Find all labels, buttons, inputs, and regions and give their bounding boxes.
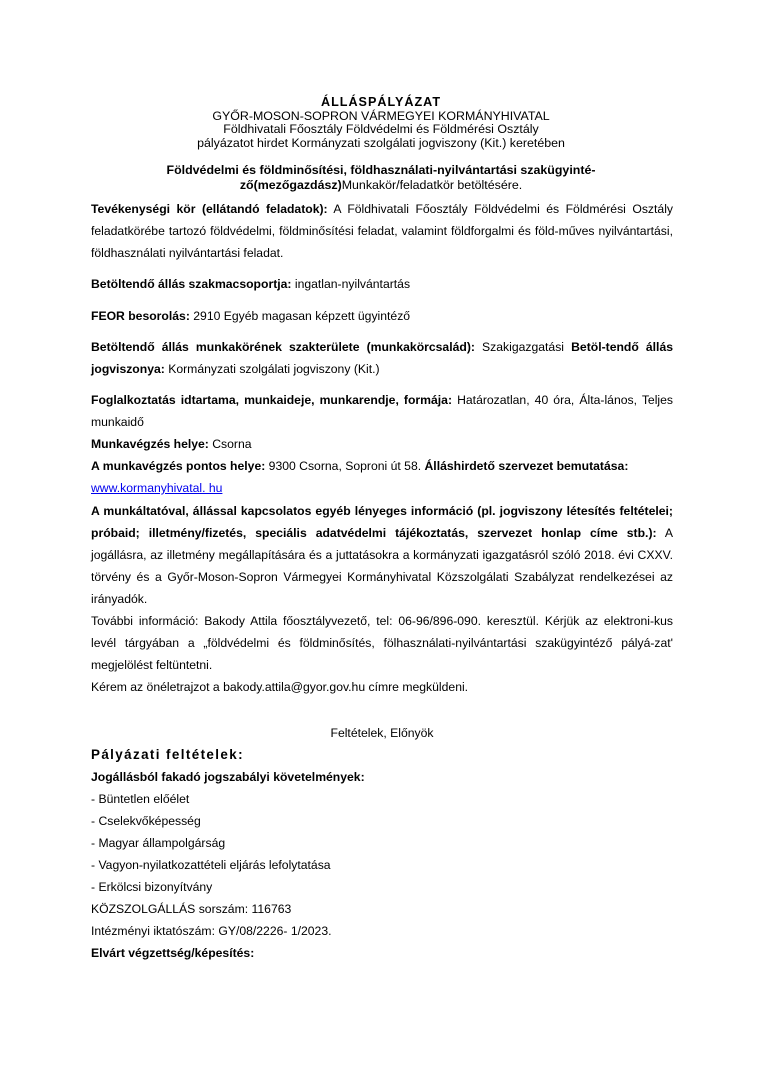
- legal-relation-text: Kormányzati szolgálati jogviszony (Kit.): [165, 362, 380, 376]
- position-title-rest: Munkakör/feladatkör betöltésére.: [342, 178, 522, 192]
- feor-label: FEOR besorolás:: [91, 309, 190, 323]
- conditions-subheading: Pályázati feltételek:: [91, 744, 673, 766]
- department-name: Földhivatali Főosztály Földvédelmi és Fö…: [0, 123, 762, 137]
- feor-section: FEOR besorolás: 2910 Egyéb magasan képze…: [91, 305, 673, 327]
- serial-number: KÖZSZOLGÁLLÁS sorszám: 116763: [91, 898, 673, 920]
- cv-instruction-text: Kérem az önéletrajzot a bakody.attila@gy…: [91, 676, 673, 698]
- registry-number: Intézményi iktatószám: GY/08/2226- 1/202…: [91, 920, 673, 942]
- condition-item: - Cselekvőképesség: [91, 810, 673, 832]
- condition-item: - Büntetlen előélet: [91, 788, 673, 810]
- conditions-section: Feltételek, Előnyök Pályázati feltételek…: [91, 722, 673, 964]
- position-title-bold-2: ző(mezőgazdász): [240, 178, 342, 192]
- organization-name: GYŐR-MOSON-SOPRON VÁRMEGYEI KORMÁNYHIVAT…: [0, 110, 762, 124]
- further-info-text: További információ: Bakody Attila főoszt…: [91, 610, 673, 676]
- other-info-section: A munkáltatóval, állással kapcsolatos eg…: [91, 500, 673, 698]
- feor-text: 2910 Egyéb magasan képzett ügyintéző: [190, 309, 410, 323]
- activity-label: Tevékenységi kör (ellátandó feladatok):: [91, 202, 328, 216]
- condition-item: - Magyar állampolgárság: [91, 832, 673, 854]
- work-place-label: Munkavégzés helye:: [91, 437, 209, 451]
- condition-item: - Vagyon-nyilatkozattételi eljárás lefol…: [91, 854, 673, 876]
- professional-group-label: Betöltendő állás szakmacsoportja:: [91, 277, 291, 291]
- organization-website-link[interactable]: www.kormanyhivatal. hu: [91, 481, 222, 495]
- conditions-heading: Feltételek, Előnyök: [91, 722, 673, 744]
- employment-section: Foglalkoztatás idtartama, munkaideje, mu…: [91, 389, 673, 499]
- job-family-section: Betöltendő állás munkakörének szakterüle…: [91, 336, 673, 380]
- condition-item: - Erkölcsi bizonyítvány: [91, 876, 673, 898]
- announcement-line: pályázatot hirdet Kormányzati szolgálati…: [0, 137, 762, 151]
- job-family-text: Szakigazgatási: [475, 340, 571, 354]
- employment-label: Foglalkoztatás idtartama, munkaideje, mu…: [91, 393, 452, 407]
- document-title: ÁLLÁSPÁLYÁZAT: [0, 96, 762, 110]
- work-place-text: Csorna: [209, 437, 252, 451]
- legal-requirements-label: Jogállásból fakadó jogszabályi követelmé…: [91, 770, 365, 784]
- organization-intro-label: Álláshirdető szervezet bemutatása:: [425, 459, 629, 473]
- position-title-bold-1: Földvédelmi és földminősítési, földhaszn…: [167, 163, 596, 177]
- activity-section: Tevékenységi kör (ellátandó feladatok): …: [91, 198, 673, 264]
- position-title: Földvédelmi és földminősítési, földhaszn…: [0, 163, 762, 194]
- other-info-label: A munkáltatóval, állással kapcsolatos eg…: [91, 504, 673, 540]
- document-header: ÁLLÁSPÁLYÁZAT GYŐR-MOSON-SOPRON VÁRMEGYE…: [0, 96, 762, 150]
- education-label: Elvárt végzettség/képesítés:: [91, 946, 254, 960]
- exact-place-label: A munkavégzés pontos helye:: [91, 459, 265, 473]
- job-family-label: Betöltendő állás munkakörének szakterüle…: [91, 340, 475, 354]
- professional-group-text: ingatlan-nyilvántartás: [291, 277, 410, 291]
- professional-group-section: Betöltendő állás szakmacsoportja: ingatl…: [91, 273, 673, 295]
- exact-place-text: 9300 Csorna, Soproni út 58.: [265, 459, 424, 473]
- document-page: ÁLLÁSPÁLYÁZAT GYŐR-MOSON-SOPRON VÁRMEGYE…: [0, 0, 762, 1077]
